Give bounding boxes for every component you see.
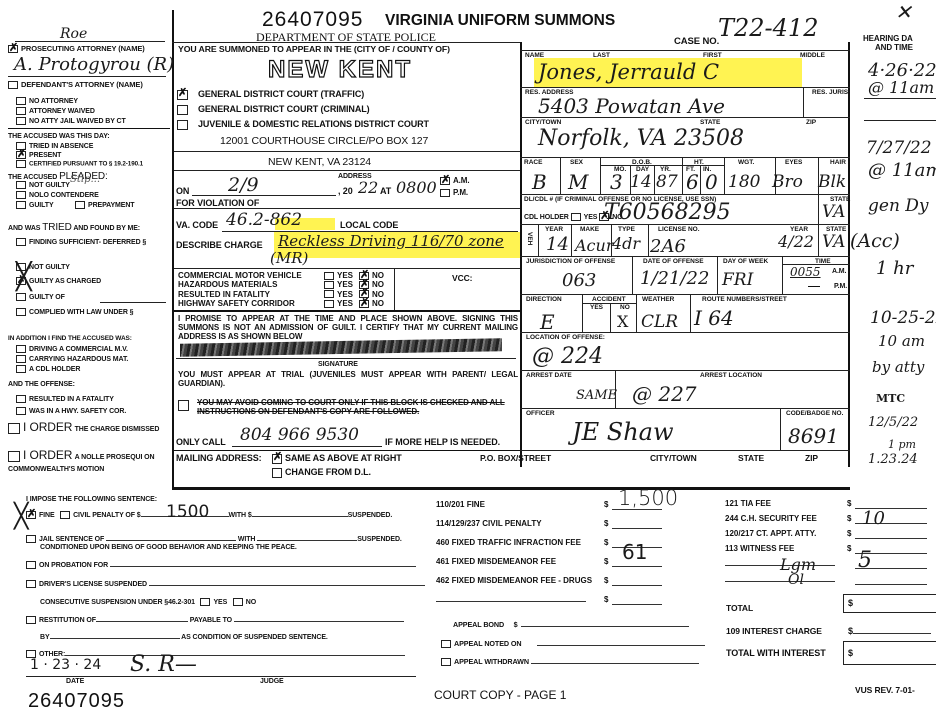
rule	[520, 370, 850, 371]
hwy-safety-option[interactable]: WAS IN A HWY. SAFETY COR.	[16, 407, 126, 415]
mailing-zip-label: ZIP	[805, 453, 818, 463]
officer-value[interactable]: JE Shaw	[572, 418, 674, 446]
offense-pm-label: P.M.	[834, 283, 847, 290]
vcc-label: VCC:	[452, 273, 472, 283]
tried-in-absence-option[interactable]: TRIED IN ABSENCE	[16, 142, 93, 150]
rule	[26, 676, 416, 677]
rule	[864, 120, 936, 121]
jurisdiction-offense-label: JURISDICTION OF OFFENSE	[526, 258, 615, 265]
hearing-label-1: HEARING DA	[863, 34, 913, 43]
rule	[174, 170, 520, 171]
prosecuting-checkbox[interactable]	[8, 45, 18, 53]
appeal-noted-line[interactable]: APPEAL NOTED ON	[441, 639, 705, 648]
jail-checkbox[interactable]	[26, 535, 36, 543]
court-year-value[interactable]: 22	[358, 178, 378, 197]
security-fee-value[interactable]: 10	[862, 508, 885, 529]
attorney-option[interactable]: NO ATTORNEY	[16, 97, 78, 105]
court-traffic-option[interactable]: GENERAL DISTRICT COURT (TRAFFIC)	[177, 89, 364, 100]
veh-type-label: TYPE	[618, 226, 635, 233]
attorney-option[interactable]: NO ATTY JAIL WAIVED BY CT	[16, 117, 126, 125]
hearing-note: 12/5/22	[868, 415, 918, 430]
rule	[520, 450, 850, 451]
res-juris-label: RES. JURIS.	[812, 89, 850, 96]
order-nolle-option[interactable]: I ORDER A NOLLE PROSEQUI ON COMMONWEALTH…	[8, 450, 168, 475]
misdemeanor-fee-value[interactable]: 61	[622, 540, 647, 564]
cdl-holder-option[interactable]: A CDL HOLDER	[16, 365, 80, 373]
pm-option[interactable]: P.M.	[440, 188, 468, 197]
total-interest-label: TOTAL WITH INTEREST	[726, 648, 826, 658]
res-address-value[interactable]: 5403 Powatan Ave	[538, 94, 725, 118]
fee-row: 120/217 CT. APPT. ATTY.$	[725, 529, 835, 544]
rule	[520, 408, 850, 409]
rule	[582, 294, 583, 332]
rule	[15, 41, 165, 42]
court-date-value[interactable]: 2/9	[228, 174, 259, 196]
weather-label: WEATHER	[642, 296, 674, 303]
rule	[394, 268, 395, 310]
rule	[717, 256, 718, 294]
rule	[682, 157, 683, 194]
rule	[818, 224, 819, 256]
signature-label: SIGNATURE	[318, 361, 358, 368]
complied-option[interactable]: COMPLIED WITH LAW UNDER §	[16, 307, 136, 318]
sex-label: SEX	[570, 159, 583, 166]
reg-year-value[interactable]: 4/22	[778, 232, 814, 251]
form-number: 26407095	[262, 8, 363, 32]
same-as-above-option[interactable]: SAME AS ABOVE AT RIGHT	[272, 453, 402, 464]
cmv-row: RESULTED IN FATALITYYESNO	[178, 290, 384, 299]
department-name: DEPARTMENT OF STATE POLICE	[256, 30, 436, 45]
and-offense-label: AND THE OFFENSE:	[8, 381, 75, 388]
finding-sufficient-option[interactable]: FINDING SUFFICIENT- DEFERRED §	[16, 237, 156, 248]
violation-label: FOR VIOLATION OF	[176, 198, 259, 208]
rule	[632, 256, 633, 294]
rule	[571, 224, 572, 256]
probation-line: ON PROBATION FOR	[26, 561, 416, 569]
dl-state-value[interactable]: VA	[822, 202, 845, 222]
defendants-attorney-label: DEFENDANT'S ATTORNEY (NAME)	[8, 80, 143, 89]
location-value[interactable]: @ 224	[532, 344, 603, 369]
hearing-note: 1 pm	[888, 438, 916, 451]
footer-form-number: 26407095	[28, 690, 125, 713]
attorney-option[interactable]: ATTORNEY WAIVED	[16, 107, 95, 115]
jurisdiction-name: NEW KENT	[268, 56, 412, 84]
arrest-location-label: ARREST LOCATION	[700, 372, 762, 379]
appeal-withdrawn-line[interactable]: APPEAL WITHDRAWN	[441, 657, 699, 666]
rule	[520, 194, 850, 195]
total-label: TOTAL	[726, 603, 753, 613]
scribble-top: Roe	[60, 26, 87, 42]
guilty-of-option[interactable]: GUILTY OF	[16, 293, 65, 301]
fees-right: 121 TIA FEE$ 244 C.H. SECURITY FEE$ 120/…	[725, 499, 835, 591]
badge-label: CODE/BADGE NO.	[786, 410, 843, 417]
route-value[interactable]: I 64	[694, 306, 734, 330]
rule	[8, 128, 170, 129]
rule	[648, 224, 649, 256]
license-label: LICENSE NO.	[658, 226, 700, 233]
hearing-note: 7/27/22	[866, 138, 932, 158]
rule	[560, 157, 561, 194]
rule	[818, 194, 819, 224]
rule	[520, 87, 850, 88]
day-of-week-value[interactable]: FRI	[722, 270, 753, 290]
arrest-location-value[interactable]: @ 227	[632, 382, 697, 406]
appeal-bond-line: APPEAL BOND $	[453, 620, 689, 629]
charge-line-2[interactable]: (MR)	[270, 249, 308, 267]
at-label: AT	[380, 186, 391, 196]
fine-fee-value[interactable]: 1,500	[618, 486, 678, 510]
court-time-value[interactable]: 0800	[396, 178, 437, 197]
hearing-note: 10 am	[878, 332, 925, 350]
rule	[690, 294, 691, 332]
rule	[520, 332, 850, 333]
jail-condition: CONDITIONED UPON BEING OF GOOD BEHAVIOR …	[40, 544, 297, 551]
center-right-divider	[520, 42, 522, 467]
fee-row: 461 FIXED MISDEMEANOR FEE$	[436, 557, 592, 576]
rule	[582, 303, 636, 304]
defendant-name[interactable]: Jones, Jerrauld C	[538, 60, 719, 84]
eyes-label: EYES	[785, 159, 802, 166]
date-offense-label: DATE OF OFFENSE	[643, 258, 704, 265]
cmv-row: COMMERCIAL MOTOR VEHICLEYESNO	[178, 271, 384, 280]
officer-label: OFFICER	[526, 410, 555, 417]
rule	[636, 294, 637, 332]
promise-text: I PROMISE TO APPEAR AT THE TIME AND PLAC…	[178, 314, 518, 341]
time-offense-value[interactable]: 0055	[790, 265, 821, 279]
location-label: LOCATION OF OFFENSE:	[526, 334, 605, 341]
hearing-note: 1 hr	[876, 258, 913, 279]
rule	[780, 408, 781, 450]
rule	[174, 450, 520, 451]
hair-value[interactable]: Blk	[818, 172, 846, 192]
court-jdr-option[interactable]: JUVENILE & DOMESTIC RELATIONS DISTRICT C…	[177, 119, 429, 130]
change-from-dl-option[interactable]: CHANGE FROM D.L.	[272, 467, 371, 478]
fee-row: 110/201 FINE$	[436, 500, 592, 519]
jurisdiction-offense-value[interactable]: 063	[562, 270, 596, 291]
judge-label: JUDGE	[260, 678, 284, 685]
rule	[100, 302, 166, 303]
court-criminal-option[interactable]: GENERAL DISTRICT COURT (CRIMINAL)	[177, 104, 370, 115]
cmv-row: HAZARDOUS MATERIALSYESNO	[178, 280, 384, 289]
fee-row	[725, 575, 835, 591]
total-box[interactable]: $	[843, 594, 936, 613]
date-label: DATE	[66, 678, 84, 685]
veh-year-label: YEAR	[545, 226, 563, 233]
witness-fee-value[interactable]: 5	[858, 548, 872, 573]
accident-label: ACCIDENT	[592, 296, 626, 303]
weather-value[interactable]: CLR	[641, 312, 678, 332]
hearing-x-mark: ✕	[895, 0, 912, 24]
fee-row: 462 FIXED MISDEMEANOR FEE - DRUGS$	[436, 576, 592, 595]
rule	[520, 256, 850, 257]
defendants-attorney-checkbox[interactable]	[8, 81, 18, 89]
veh-year-value[interactable]: 14	[546, 234, 569, 255]
rule	[600, 157, 601, 194]
year-prefix: , 20	[338, 186, 353, 196]
arrest-date-value[interactable]: SAME	[576, 388, 617, 403]
dl-number-value[interactable]: T60568295	[604, 200, 731, 225]
must-appear-text: YOU MUST APPEAR AT TRIAL (JUVENILES MUST…	[178, 370, 518, 388]
guilty-plea-option[interactable]: GUILTY	[16, 201, 54, 209]
dl-suspended-line: DRIVER'S LICENSE SUSPENDED	[26, 580, 425, 588]
not-guilty-plea-option[interactable]: NOT GUILTY	[16, 181, 70, 189]
avoid-court-option[interactable]: YOU MAY AVOID COMING TO COURT ONLY IF TH…	[178, 398, 518, 416]
va-code-value[interactable]: 46.2-862	[226, 210, 302, 230]
veh-make-value[interactable]: Acur	[575, 236, 613, 255]
rule	[520, 50, 850, 51]
fee-row: 460 FIXED TRAFFIC INFRACTION FEE$	[436, 538, 592, 557]
hearing-note: @ 11am	[868, 78, 934, 97]
hearing-note: gen Dy	[868, 196, 929, 216]
phone-value[interactable]: 804 966 9530	[240, 425, 359, 445]
rule	[538, 224, 539, 256]
form-title: VIRGINIA UNIFORM SUMMONS	[385, 12, 615, 30]
rule	[803, 87, 804, 117]
rule	[654, 165, 655, 194]
rule	[520, 117, 850, 118]
rule	[174, 268, 520, 269]
tried-found-label: AND WAS TRIED AND FOUND BY ME:	[8, 222, 140, 233]
revision-label: VUS REV. 7-01-	[855, 685, 915, 695]
fee-row: 114/129/237 CIVIL PENALTY$	[436, 519, 592, 538]
accident-yes-label: YES	[590, 304, 603, 311]
stipulated-scribble: Stip...	[70, 174, 100, 185]
direction-value[interactable]: E	[540, 310, 555, 334]
court-address-1: 12001 COURTHOUSE CIRCLE/PO BOX 127	[220, 135, 428, 147]
rule	[174, 151, 520, 152]
veh-state-value[interactable]: VA	[822, 232, 845, 252]
mailing-city-label: CITY/TOWN	[650, 453, 697, 463]
nolo-option[interactable]: NOLO CONTENDERE	[16, 191, 99, 199]
hearing-note: (Acc)	[850, 230, 900, 252]
rule	[174, 208, 520, 209]
eyes-value[interactable]: Bro	[772, 172, 803, 192]
order-dismissed-option[interactable]: I ORDER THE CHARGE DISMISSED	[8, 422, 168, 435]
arrest-date-label: ARREST DATE	[526, 372, 572, 379]
more-help-label: IF MORE HELP IS NEEDED.	[385, 437, 500, 447]
fine-amount-value[interactable]: 1500	[166, 502, 209, 522]
rule	[176, 358, 516, 359]
interest-label: 109 INTEREST CHARGE	[726, 626, 822, 636]
rule	[864, 98, 936, 99]
cmv-table: COMMERCIAL MOTOR VEHICLEYESNO HAZARDOUS …	[178, 271, 384, 308]
court-copy-label: COURT COPY - PAGE 1	[434, 688, 566, 702]
jail-sentence-line: JAIL SENTENCE OF WITH SUSPENDED.	[26, 535, 402, 543]
case-no-label: CASE NO.	[674, 36, 719, 47]
accident-no-label: NO	[620, 304, 630, 311]
rule	[520, 157, 850, 158]
license-value[interactable]: 2A6	[650, 236, 686, 257]
city-state-zip-value[interactable]: Norfolk, VA 23508	[538, 126, 744, 151]
left-column-divider	[172, 10, 174, 490]
rule	[782, 256, 783, 294]
date-offense-value[interactable]: 1/21/22	[640, 268, 709, 289]
ht-in-value[interactable]: 0	[705, 170, 718, 194]
hearing-note: MTC	[876, 392, 905, 405]
zip-label: ZIP	[806, 119, 816, 126]
right-frame-edge	[848, 42, 850, 467]
hair-label: HAIR	[830, 159, 846, 166]
rule	[192, 195, 336, 196]
charge-line-1[interactable]: Reckless Driving 116/70 zone	[278, 232, 504, 250]
summoned-label: YOU ARE SUMMONED TO APPEAR IN THE (CITY …	[178, 44, 450, 54]
present-option[interactable]: PRESENT	[16, 151, 61, 159]
rule	[232, 446, 382, 447]
in-addition-label: IN ADDITION I FIND THE ACCUSED WAS:	[8, 335, 132, 342]
court-address-2: NEW KENT, VA 23124	[268, 156, 371, 168]
offense-am-label: A.M.	[832, 268, 846, 275]
rule	[700, 165, 701, 194]
civil-penalty-checkbox[interactable]	[60, 511, 70, 519]
rule	[8, 76, 166, 77]
cmv-row: HIGHWAY SAFETY CORRIDORYESNO	[178, 299, 384, 308]
rule	[600, 165, 724, 166]
veh-label: VEH	[526, 232, 533, 245]
guilty-x-mark: ╳	[16, 262, 32, 292]
prosecuting-attorney-label: PROSECUTING ATTORNEY (NAME)	[8, 44, 145, 53]
extra-fee-note-2: Ol	[788, 572, 804, 588]
direction-label: DIRECTION	[526, 296, 562, 303]
fee-row: $	[436, 595, 592, 614]
fee-row: 244 C.H. SECURITY FEE$	[725, 514, 835, 529]
interest-field[interactable]: $	[848, 626, 931, 636]
veh-make-label: MAKE	[580, 226, 599, 233]
dob-day-value[interactable]: 14	[630, 172, 652, 192]
dob-yr-value[interactable]: 87	[656, 172, 678, 192]
hearing-note: @ 11am	[868, 160, 936, 181]
pm-dash	[808, 286, 820, 287]
race-value[interactable]: B	[532, 170, 547, 194]
accused-this-day-label: THE ACCUSED WAS THIS DAY:	[8, 133, 109, 140]
describe-charge-label: DESCRIBE CHARGE	[176, 240, 263, 250]
fine-x-mark: ╳	[14, 502, 28, 530]
commercial-mv-option[interactable]: DRIVING A COMMERCIAL M.V.	[16, 345, 128, 353]
badge-value[interactable]: 8691	[788, 424, 839, 448]
local-code-label: LOCAL CODE	[340, 220, 398, 230]
va-code-label: VA. CODE	[176, 220, 218, 230]
ht-ft-value[interactable]: 6	[686, 170, 699, 194]
judge-signature: S. R—	[130, 652, 197, 677]
restitution-line: RESTITUTION OF PAYABLE TO	[26, 616, 404, 624]
state-label: STATE	[700, 119, 720, 126]
po-box-label: P.O. BOX/STREET	[480, 453, 551, 463]
bottom-frame-edge	[172, 487, 850, 490]
veh-type-value[interactable]: 4dr	[612, 234, 640, 253]
race-label: RACE	[524, 159, 542, 166]
dob-mo-value[interactable]: 3	[610, 170, 623, 194]
wgt-label: WGT.	[738, 159, 754, 166]
sentence-date-value[interactable]: 1 · 23 · 24	[30, 657, 101, 673]
case-no-value: T22-412	[718, 14, 818, 42]
only-call-label: ONLY CALL	[176, 437, 226, 447]
hazardous-option[interactable]: CARRYING HAZARDOUS MAT.	[16, 355, 128, 363]
mailing-address-label: MAILING ADDRESS:	[176, 453, 262, 463]
sex-value[interactable]: M	[568, 170, 588, 194]
prepayment-option[interactable]: PREPAYMENT	[75, 201, 134, 209]
rule	[520, 224, 850, 225]
impose-label: I IMPOSE THE FOLLOWING SENTENCE:	[26, 496, 157, 503]
hearing-label-2: AND TIME	[875, 43, 913, 52]
hearing-note: 1.23.24	[868, 452, 918, 467]
rule	[174, 310, 520, 312]
hearing-note: 10-25-22	[870, 308, 936, 328]
am-option[interactable]: A.M.	[440, 176, 470, 185]
fee-row: 121 TIA FEE$	[725, 499, 835, 514]
by-line: BY AS CONDITION OF SUSPENDED SENTENCE.	[40, 634, 328, 641]
city-label: CITY/TOWN	[525, 119, 561, 126]
fees-left: 110/201 FINE$ 114/129/237 CIVIL PENALTY$…	[436, 500, 592, 614]
on-label: ON	[176, 186, 189, 196]
certified-option[interactable]: CERTIFIED PURSUANT TO § 19.2-190.1	[16, 160, 143, 168]
rule	[520, 294, 850, 295]
consecutive-line: CONSECUTIVE SUSPENSION UNDER §46.2-301 Y…	[40, 598, 256, 606]
total-interest-box[interactable]: $	[843, 641, 936, 665]
route-label: ROUTE NUMBERS/STREET	[702, 296, 787, 303]
accident-no-mark[interactable]: X	[617, 312, 628, 331]
fatality-option[interactable]: RESULTED IN A FATALITY	[16, 395, 114, 403]
rule	[724, 157, 725, 194]
wgt-value[interactable]: 180	[728, 172, 760, 192]
hearing-note: by atty	[872, 358, 924, 376]
middle-label: MIDDLE	[800, 52, 825, 59]
day-of-week-label: DAY OF WEEK	[723, 258, 768, 265]
prosecuting-attorney-value[interactable]: A. Protogyrou (R)	[14, 54, 174, 75]
rule	[610, 304, 611, 332]
mailing-state-label: STATE	[738, 453, 764, 463]
